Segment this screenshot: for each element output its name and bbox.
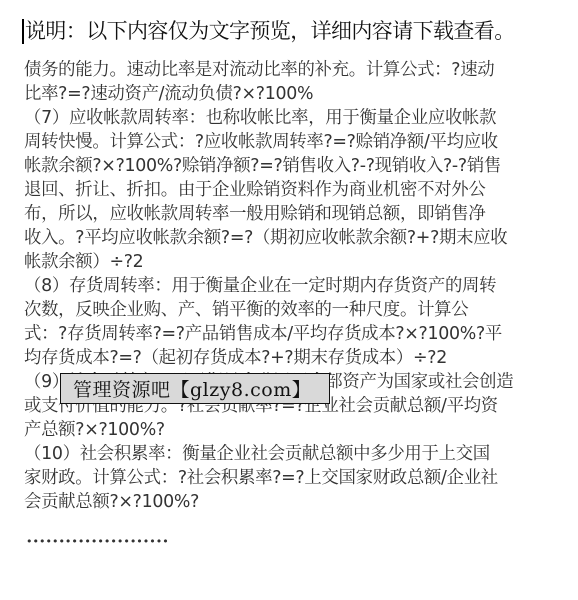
text-line: 周转快慢。计算公式：?应收帐款周转率?=?赊销净额/平均应收 bbox=[24, 130, 578, 154]
text-line: 产总额?×?100%? bbox=[24, 418, 578, 442]
text-line: 次数，反映企业购、产、销平衡的效率的一种尺度。计算公 bbox=[24, 298, 578, 322]
text-line: 退回、折让、折扣。由于企业赊销资料作为商业机密不对外公 bbox=[24, 178, 578, 202]
watermark-banner: 管理资源吧【glzy8.com】 bbox=[60, 373, 330, 404]
document-body: 债务的能力。速动比率是对流动比率的补充。计算公式：?速动 比率?=?速动资产/流… bbox=[24, 58, 578, 514]
text-line: 均存货成本?=?（起初存货成本?+?期末存货成本）÷?2 bbox=[24, 346, 578, 370]
text-line: 收入。?平均应收帐款余额?=?（期初应收帐款余额?+?期末应收 bbox=[24, 226, 578, 250]
preview-notice: 说明：以下内容仅为文字预览，详细内容请下载查看。 bbox=[25, 16, 515, 46]
text-line: 帐款余额?×?100%?赊销净额?=?销售收入?-?现销收入?-?销售 bbox=[24, 154, 578, 178]
continuation-ellipsis: •••••••••••••••••••••• bbox=[26, 537, 169, 547]
text-cursor bbox=[22, 19, 24, 44]
text-line: 家财政。计算公式：?社会积累率?=?上交国家财政总额/企业社 bbox=[24, 466, 578, 490]
text-line: 债务的能力。速动比率是对流动比率的补充。计算公式：?速动 bbox=[24, 58, 578, 82]
text-line: 比率?=?速动资产/流动负债?×?100% bbox=[24, 82, 578, 106]
text-line: （8）存货周转率：用于衡量企业在一定时期内存货资产的周转 bbox=[24, 274, 578, 298]
text-line: （7）应收帐款周转率：也称收帐比率，用于衡量企业应收帐款 bbox=[24, 106, 578, 130]
text-line: 帐款余额）÷?2 bbox=[24, 250, 578, 274]
text-line: 会贡献总额?×?100%? bbox=[24, 490, 578, 514]
text-line: 布，所以，应收帐款周转率一般用赊销和现销总额，即销售净 bbox=[24, 202, 578, 226]
text-line: （10）社会积累率：衡量企业社会贡献总额中多少用于上交国 bbox=[24, 442, 578, 466]
text-line: 式：?存货周转率?=?产品销售成本/平均存货成本?×?100%?平 bbox=[24, 322, 578, 346]
